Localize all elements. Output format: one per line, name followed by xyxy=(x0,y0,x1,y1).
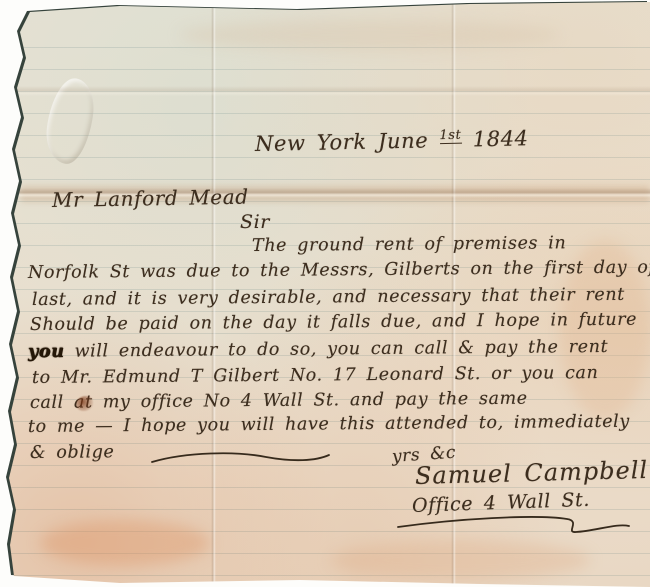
flourish-line xyxy=(148,448,333,470)
body-line: & oblige xyxy=(30,442,115,463)
paper-stain xyxy=(330,540,590,580)
recipient-line: Mr Lanford Mead xyxy=(52,185,249,212)
fold-crease-horizontal xyxy=(10,86,650,96)
dateline-place-month: New York June xyxy=(255,128,429,156)
paper-stain xyxy=(180,20,560,50)
dateline-day: 1st xyxy=(439,128,461,144)
signature-flourish xyxy=(395,510,635,538)
overwritten-word: you xyxy=(28,342,65,362)
scanned-letter: New York June 1st 1844 Mr Lanford Mead S… xyxy=(0,0,650,587)
paper-stain xyxy=(40,520,210,566)
body-line: The ground rent of premises in xyxy=(252,233,566,256)
dateline-year: 1844 xyxy=(473,126,529,151)
salutation: Sir xyxy=(240,211,270,233)
letter-paper: New York June 1st 1844 Mr Lanford Mead S… xyxy=(0,0,650,587)
